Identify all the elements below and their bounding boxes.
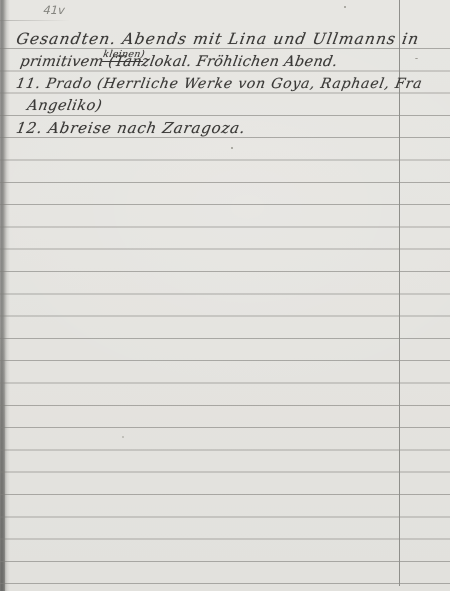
handwriting-line-5: 12. Abreise nach Zaragoza. — [15, 121, 247, 136]
ink-speck — [231, 147, 233, 149]
ink-speck — [415, 58, 418, 59]
handwriting-line-3: 11. Prado (Herrliche Werke von Goya, Rap… — [15, 77, 424, 91]
handwriting-line-4: Angeliko) — [26, 99, 103, 114]
handwriting-line-2: primitivem (Tanzlokal. Fröhlichen Abend. — [19, 55, 339, 70]
ink-speck — [344, 6, 346, 8]
ink-speck — [122, 436, 124, 438]
ruled-line-stub — [0, 20, 70, 21]
handwriting-line-1: Gesandten. Abends mit Lina und Ullmanns … — [15, 32, 421, 48]
folio-number: 41v — [43, 5, 65, 17]
manuscript-page: 41v Gesandten. Abends mit Lina und Ullma… — [0, 0, 450, 591]
